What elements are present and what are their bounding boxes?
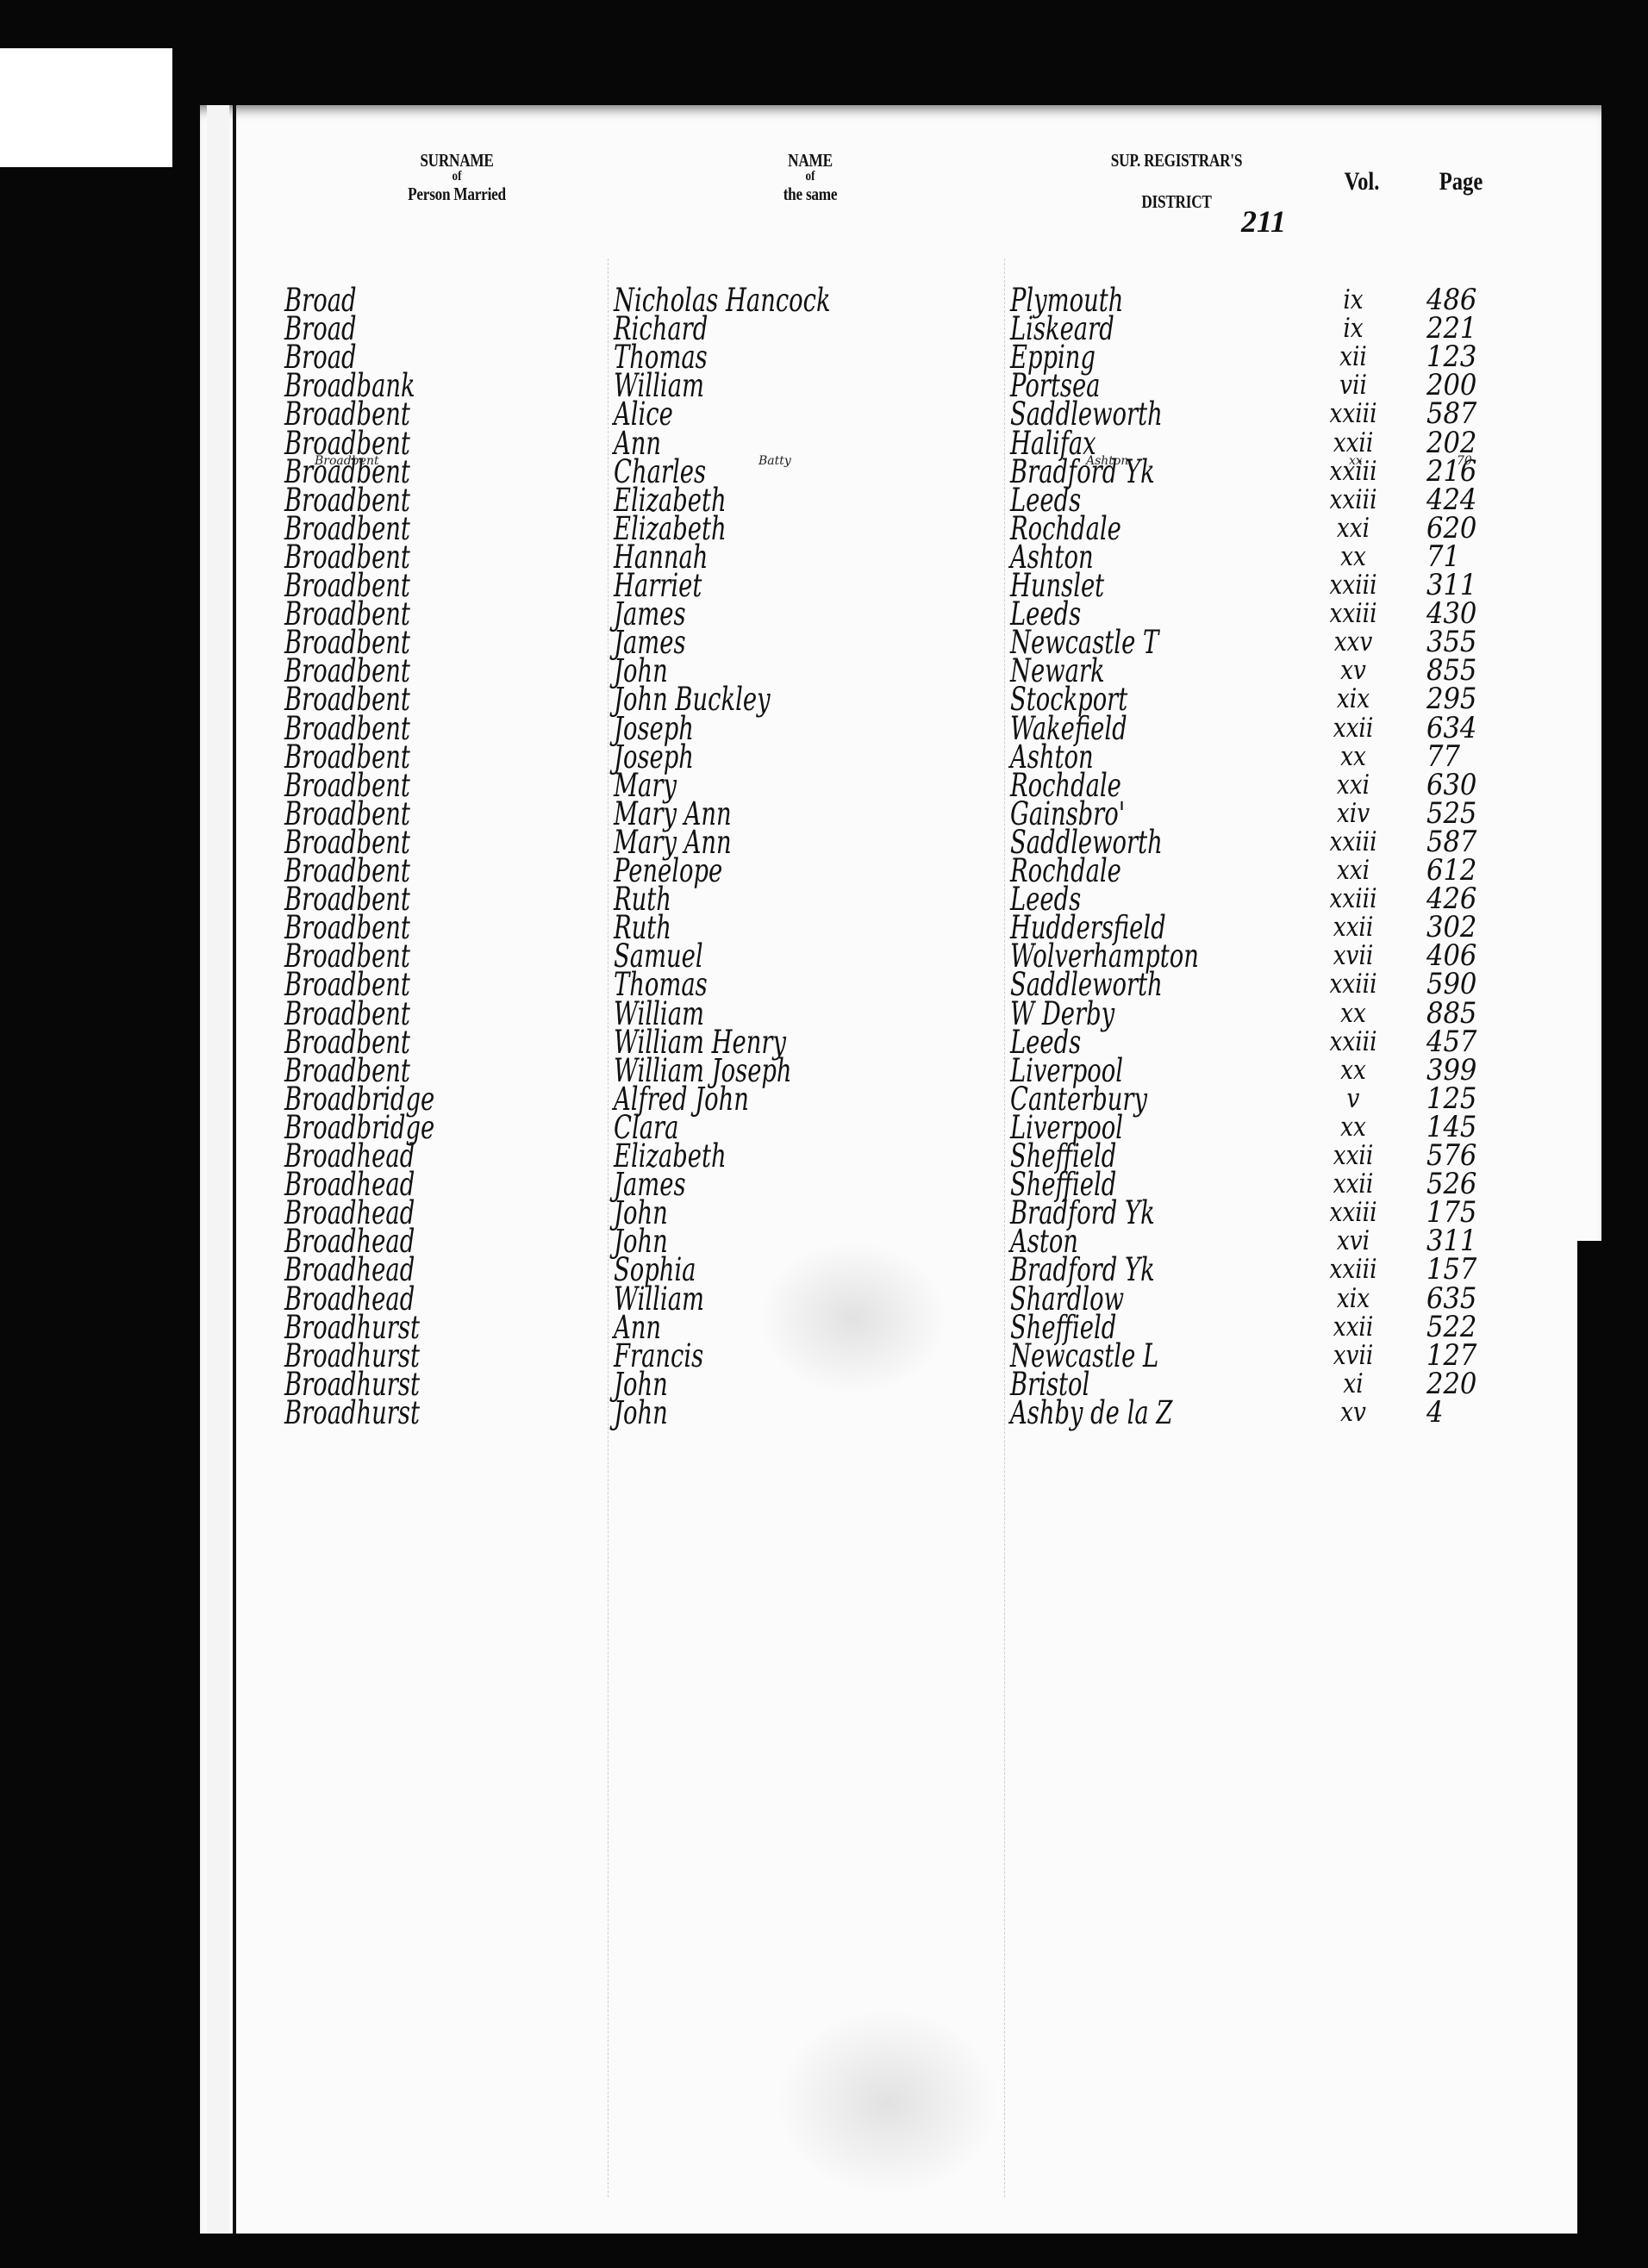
table-row: BroadbridgeClaraLiverpoolxx145 [0, 1113, 1648, 1142]
header-page: Page [1426, 168, 1496, 196]
entry-page: 77 [1426, 743, 1460, 771]
table-row: BroadbentMaryRochdalexxi630 [0, 771, 1648, 800]
table-row: BroadbankWilliamPortseavii200 [0, 371, 1648, 400]
entry-page: 630 [1426, 771, 1476, 800]
header-district: SUP. REGISTRAR'S DISTRICT [1089, 151, 1265, 211]
entry-page: 406 [1426, 942, 1476, 970]
table-row: BroadbentElizabethRochdalexxi620 [0, 514, 1648, 543]
table-row: BroadbentWilliamW Derbyxx885 [0, 1000, 1648, 1028]
entry-volume: xxiii [1320, 1255, 1387, 1284]
entry-page: 525 [1426, 800, 1476, 828]
entry-district: Ashby de la Z [1010, 1399, 1172, 1427]
entry-volume: xx [1320, 543, 1387, 571]
table-row: BroadRichardLiskeardix221 [0, 315, 1648, 343]
entry-volume: xvii [1320, 1342, 1387, 1370]
entry-volume: xx [1320, 1056, 1387, 1085]
table-row: BroadheadElizabethSheffieldxxii576 [0, 1142, 1648, 1170]
entry-volume: xi [1320, 1370, 1387, 1399]
entry-volume: xvii [1320, 942, 1387, 970]
table-row: BroadbentSamuelWolverhamptonxvii406 [0, 942, 1648, 970]
table-row: BroadThomasEppingxii123 [0, 343, 1648, 371]
annotation-district: Ashton [1086, 447, 1128, 476]
annotation-volume: xx [1349, 447, 1363, 476]
entry-volume: xxiii [1320, 571, 1387, 600]
handwritten-page-annotation: 211 [1241, 203, 1286, 240]
table-row: BroadbentWilliam JosephLiverpoolxx399 [0, 1056, 1648, 1085]
annotation-page: 70 [1457, 447, 1472, 476]
entry-volume: xxiii [1320, 400, 1387, 428]
table-row: BroadbentCharlesBradford Ykxxiii216Broad… [0, 458, 1648, 486]
entry-volume: ix [1320, 315, 1387, 343]
entry-page: 4 [1426, 1399, 1443, 1427]
entry-page: 457 [1426, 1028, 1476, 1056]
entry-page: 612 [1426, 857, 1476, 885]
entry-volume: xxi [1320, 514, 1387, 543]
entry-page: 71 [1426, 543, 1460, 571]
table-row: BroadbentJamesLeedsxxiii430 [0, 600, 1648, 628]
table-row: BroadbentJosephWakefieldxxii634 [0, 714, 1648, 743]
entry-page: 522 [1426, 1313, 1476, 1342]
entry-page: 424 [1426, 486, 1476, 514]
table-row: BroadheadJohnBradford Ykxxiii175 [0, 1199, 1648, 1227]
entry-page: 125 [1426, 1085, 1476, 1113]
table-row: BroadheadWilliamShardlowxix635 [0, 1285, 1648, 1313]
entry-page: 302 [1426, 913, 1476, 942]
table-row: BroadhurstAnnSheffieldxxii522 [0, 1313, 1648, 1342]
entry-given-name: John [614, 1399, 668, 1427]
entry-volume: ix [1320, 286, 1387, 315]
entry-volume: xxiii [1320, 1199, 1387, 1227]
entry-page: 127 [1426, 1342, 1476, 1370]
entry-volume: xix [1320, 1285, 1387, 1313]
header-name: NAME of the same [753, 151, 866, 203]
entry-page: 175 [1426, 1199, 1476, 1227]
entry-surname: Broadhurst [284, 1399, 420, 1427]
entry-volume: xv [1320, 1399, 1387, 1427]
entry-volume: xxii [1320, 1313, 1387, 1342]
entry-page: 123 [1426, 343, 1476, 371]
entry-volume: xxi [1320, 771, 1387, 800]
table-row: BroadbentJohn BuckleyStockportxix295 [0, 685, 1648, 713]
entry-volume: xxiii [1320, 970, 1387, 999]
entry-page: 587 [1426, 400, 1476, 428]
entry-page: 587 [1426, 828, 1476, 857]
entry-volume: xvi [1320, 1227, 1387, 1255]
entry-volume: vii [1320, 371, 1387, 400]
entry-volume: xxii [1320, 913, 1387, 942]
entry-volume: xx [1320, 743, 1387, 771]
table-row: BroadbentHannahAshtonxx71 [0, 543, 1648, 571]
entry-page: 426 [1426, 885, 1476, 913]
table-row: BroadbentPenelopeRochdalexxi612 [0, 857, 1648, 885]
entry-page: 620 [1426, 514, 1476, 543]
entry-page: 526 [1426, 1170, 1476, 1199]
table-row: BroadhurstJohnAshby de la Zxv4 [0, 1399, 1648, 1427]
entry-volume: xxii [1320, 1142, 1387, 1170]
entry-volume: v [1320, 1085, 1387, 1113]
table-row: BroadhurstJohnBristolxi220 [0, 1370, 1648, 1399]
film-leader-tab [0, 48, 172, 167]
header-name-line2: of [753, 170, 866, 184]
entry-volume: xxiii [1320, 885, 1387, 913]
table-row: BroadbentRuthLeedsxxiii426 [0, 885, 1648, 913]
stain [776, 2008, 1000, 2197]
entry-volume: xxii [1320, 1170, 1387, 1199]
entry-page: 855 [1426, 657, 1476, 685]
header-page-label: Page [1426, 168, 1496, 196]
entry-volume: xxv [1320, 628, 1387, 657]
entry-volume: xx [1320, 1000, 1387, 1028]
entry-volume: xxiii [1320, 1028, 1387, 1056]
entry-volume: xxiii [1320, 486, 1387, 514]
entry-volume: xxi [1320, 857, 1387, 885]
entry-page: 430 [1426, 600, 1476, 628]
table-row: BroadheadJohnAstonxvi311 [0, 1227, 1648, 1255]
entry-volume: xxii [1320, 714, 1387, 743]
entry-page: 486 [1426, 286, 1476, 315]
table-row: BroadbridgeAlfred JohnCanterburyv125 [0, 1085, 1648, 1113]
header-surname-line2: of [386, 170, 527, 184]
entry-page: 295 [1426, 685, 1476, 713]
table-row: BroadheadSophiaBradford Ykxxiii157 [0, 1255, 1648, 1284]
header-district-line2: DISTRICT [1089, 192, 1265, 211]
entry-volume: xiv [1320, 800, 1387, 828]
header-surname-line1: SURNAME [386, 151, 527, 170]
entry-page: 576 [1426, 1142, 1476, 1170]
entry-page: 590 [1426, 970, 1476, 999]
table-row: BroadbentWilliam HenryLeedsxxiii457 [0, 1028, 1648, 1056]
annotation-name: Batty [758, 447, 791, 476]
entry-page: 355 [1426, 628, 1476, 657]
table-row: BroadbentRuthHuddersfieldxxii302 [0, 913, 1648, 942]
entry-volume: xxiii [1320, 600, 1387, 628]
entry-page: 157 [1426, 1255, 1476, 1284]
entry-volume: xx [1320, 1113, 1387, 1142]
table-row: BroadbentAnnHalifaxxxii202 [0, 429, 1648, 458]
header-name-line1: NAME [753, 151, 866, 170]
table-row: BroadheadJamesSheffieldxxii526 [0, 1170, 1648, 1199]
header-name-line3: the same [753, 184, 866, 203]
table-row: BroadbentElizabethLeedsxxiii424 [0, 486, 1648, 514]
entry-page: 221 [1426, 315, 1476, 343]
entry-page: 311 [1426, 1227, 1476, 1255]
entry-page: 635 [1426, 1285, 1476, 1313]
entry-page: 145 [1426, 1113, 1476, 1142]
header-district-line1: SUP. REGISTRAR'S [1089, 151, 1265, 170]
entry-page: 311 [1426, 571, 1476, 600]
header-surname-line3: Person Married [386, 184, 527, 203]
table-row: BroadbentMary AnnGainsbro'xiv525 [0, 800, 1648, 828]
entry-page: 220 [1426, 1370, 1476, 1399]
table-row: BroadbentThomasSaddleworthxxiii590 [0, 970, 1648, 999]
table-row: BroadbentMary AnnSaddleworthxxiii587 [0, 828, 1648, 857]
table-row: BroadbentJosephAshtonxx77 [0, 743, 1648, 771]
entry-volume: xv [1320, 657, 1387, 685]
entry-page: 399 [1426, 1056, 1476, 1085]
annotation-surname: Broadbent [315, 447, 379, 476]
table-row: BroadNicholas HancockPlymouthix486 [0, 286, 1648, 315]
table-row: BroadhurstFrancisNewcastle Lxvii127 [0, 1342, 1648, 1370]
header-surname: SURNAME of Person Married [386, 151, 527, 203]
header-vol: Vol. [1333, 168, 1390, 196]
table-row: BroadbentAliceSaddleworthxxiii587 [0, 400, 1648, 428]
table-row: BroadbentJohnNewarkxv855 [0, 657, 1648, 685]
header-vol-label: Vol. [1333, 168, 1390, 196]
entry-page: 885 [1426, 1000, 1476, 1028]
table-row: BroadbentHarrietHunsletxxiii311 [0, 571, 1648, 600]
entry-volume: xii [1320, 343, 1387, 371]
table-row: BroadbentJamesNewcastle Txxv355 [0, 628, 1648, 657]
entry-volume: xix [1320, 685, 1387, 713]
entry-page: 200 [1426, 371, 1476, 400]
entry-volume: xxiii [1320, 828, 1387, 857]
entry-page: 634 [1426, 714, 1476, 743]
